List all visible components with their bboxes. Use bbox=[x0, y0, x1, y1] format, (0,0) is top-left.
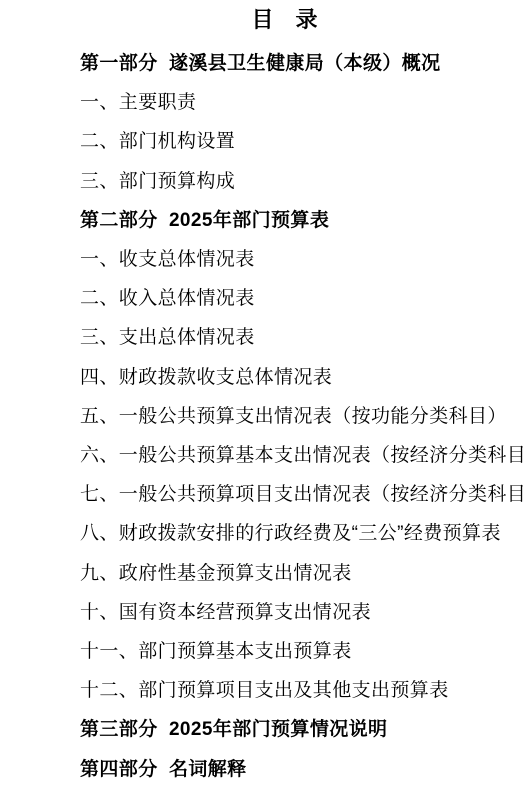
toc-line: 十、国有资本经营预算支出情况表 bbox=[80, 593, 489, 632]
document-page: 目 录 第一部分 遂溪县卫生健康局（本级）概况一、主要职责二、部门机构设置三、部… bbox=[0, 0, 527, 800]
toc-line: 十二、部门预算项目支出及其他支出预算表 bbox=[80, 671, 489, 710]
toc-line: 一、收支总体情况表 bbox=[80, 240, 489, 279]
toc-line: 第二部分 2025年部门预算表 bbox=[80, 201, 489, 240]
toc-line: 十一、部门预算基本支出预算表 bbox=[80, 632, 489, 671]
toc-line: 九、政府性基金预算支出情况表 bbox=[80, 554, 489, 593]
toc-line: 五、一般公共预算支出情况表（按功能分类科目） bbox=[80, 397, 489, 436]
toc-line: 六、一般公共预算基本支出情况表（按经济分类科目） bbox=[80, 436, 489, 475]
toc-line: 二、部门机构设置 bbox=[80, 122, 489, 161]
toc-line: 三、支出总体情况表 bbox=[80, 318, 489, 357]
toc-line: 第一部分 遂溪县卫生健康局（本级）概况 bbox=[80, 44, 489, 83]
toc-list: 第一部分 遂溪县卫生健康局（本级）概况一、主要职责二、部门机构设置三、部门预算构… bbox=[80, 44, 489, 789]
toc-title: 目 录 bbox=[80, 5, 489, 35]
toc-line: 第四部分 名词解释 bbox=[80, 750, 489, 789]
toc-line: 三、部门预算构成 bbox=[80, 162, 489, 201]
toc-line: 二、收入总体情况表 bbox=[80, 279, 489, 318]
toc-line: 七、一般公共预算项目支出情况表（按经济分类科目） bbox=[80, 475, 489, 514]
toc-line: 一、主要职责 bbox=[80, 83, 489, 122]
toc-line: 四、财政拨款收支总体情况表 bbox=[80, 358, 489, 397]
toc-line: 第三部分 2025年部门预算情况说明 bbox=[80, 710, 489, 749]
toc-line: 八、财政拨款安排的行政经费及“三公”经费预算表 bbox=[80, 514, 489, 553]
